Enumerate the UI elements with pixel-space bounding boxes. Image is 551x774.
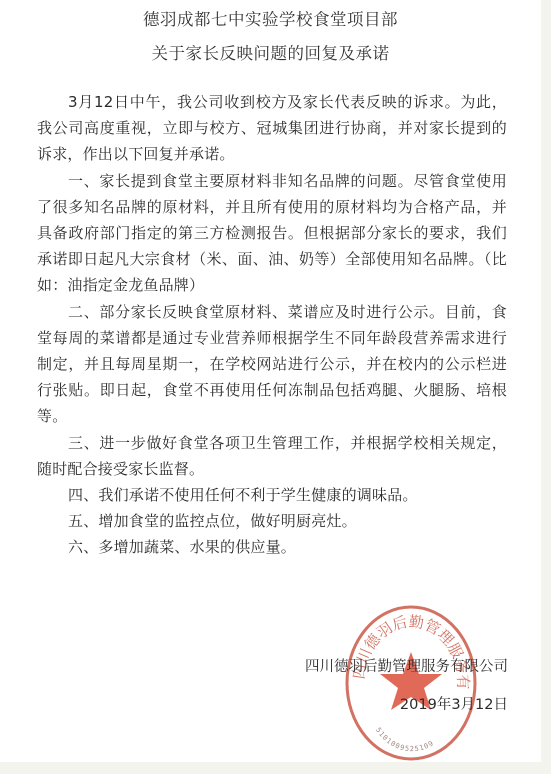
company-seal-icon: 四川德羽后勤管理服务有限公司 5101009525109 <box>344 604 478 762</box>
paragraph-item-6: 六、多增加蔬菜、水果的供应量。 <box>37 534 507 560</box>
paragraph-item-2: 二、部分家长反映食堂原材料、菜谱应及时进行公示。目前，食堂每周的菜谱都是通过专业… <box>37 299 507 430</box>
svg-text:5101009525109: 5101009525109 <box>374 726 435 753</box>
paragraph-item-5: 五、增加食堂的监控点位，做好明厨亮灶。 <box>37 508 507 534</box>
document-body: 3月12日中午，我公司收到校方及家长代表反映的诉求。为此，我公司高度重视，立即与… <box>37 89 507 561</box>
document-subtitle: 关于家长反映问题的回复及承诺 <box>0 40 541 64</box>
signature-company: 四川德羽后勤管理服务有限公司 <box>300 655 508 676</box>
paragraph-item-4: 四、我们承诺不使用任何不利于学生健康的调味品。 <box>37 482 507 508</box>
document-title: 德羽成都七中实验学校食堂项目部 <box>0 6 541 30</box>
signature-date: 2019年3月12日 <box>300 693 508 714</box>
document-page: 德羽成都七中实验学校食堂项目部 关于家长反映问题的回复及承诺 3月12日中午，我… <box>0 0 541 762</box>
paragraph-intro: 3月12日中午，我公司收到校方及家长代表反映的诉求。为此，我公司高度重视，立即与… <box>37 89 507 168</box>
paragraph-item-1: 一、家长提到食堂主要原材料非知名品牌的问题。尽管食堂使用了很多知名品牌的原材料，… <box>37 168 507 299</box>
paragraph-item-3: 三、进一步做好食堂各项卫生管理工作，并根据学校相关规定，随时配合接受家长监督。 <box>37 430 507 482</box>
